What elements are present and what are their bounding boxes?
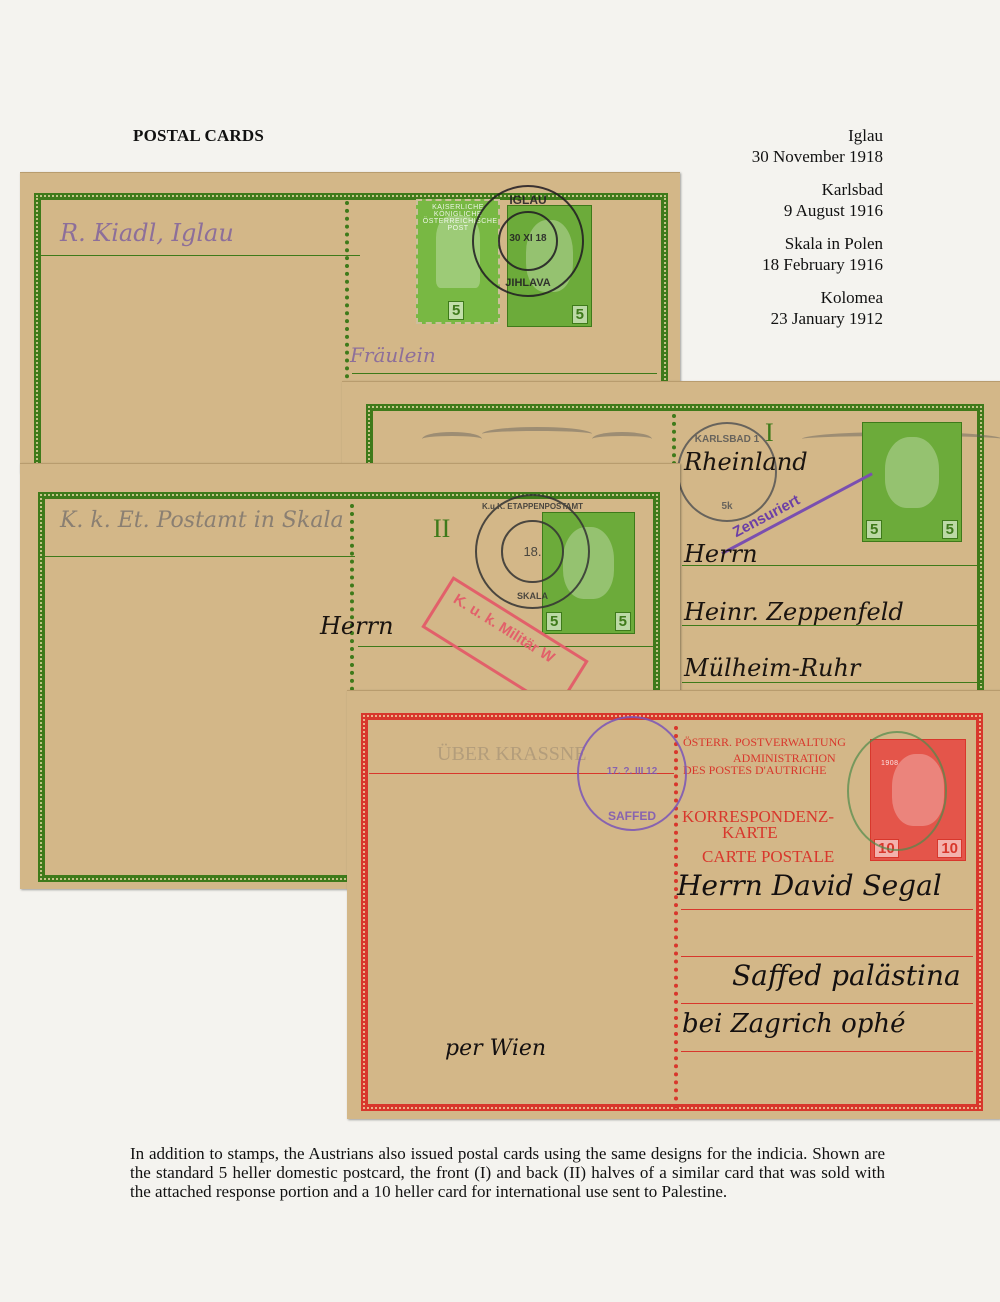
address-handwriting-3: bei Zagrich ophé bbox=[682, 1009, 906, 1039]
sender-line bbox=[40, 255, 360, 256]
indicia-stamp-5h: 5 5 bbox=[862, 422, 962, 542]
card-title-2: KARTE bbox=[722, 823, 778, 843]
indicia-value-right: 5 bbox=[942, 520, 958, 539]
postmark-top-text: KARLSBAD 1 bbox=[679, 434, 775, 445]
indicia-value: 5 bbox=[572, 305, 588, 324]
caption-skala: Skala in Polen18 February 1916 bbox=[752, 233, 883, 275]
description-text: In addition to stamps, the Austrians als… bbox=[130, 1144, 885, 1201]
postmark-iglau: IGLAU 30 XI 18 JIHLAVA bbox=[472, 185, 584, 297]
address-line bbox=[681, 1003, 973, 1004]
page-title: POSTAL CARDS bbox=[133, 126, 264, 146]
sender-handwriting: K. k. Et. Postamt in Skala bbox=[60, 508, 344, 533]
postmark-bottom-text: SKALA bbox=[477, 591, 588, 601]
indicia-value-right: 5 bbox=[615, 612, 631, 631]
caption-karlsbad: Karlsbad9 August 1916 bbox=[752, 179, 883, 221]
caption-kolomea: Kolomea23 January 1912 bbox=[752, 287, 883, 329]
postmark-date: 30 XI 18 bbox=[474, 233, 582, 244]
sender-handwriting: R. Kiadl, Iglau bbox=[60, 219, 234, 247]
postmark-top-text: K.u.K. ETAPPENPOSTAMT bbox=[477, 502, 588, 511]
routing-handwriting: per Wien bbox=[445, 1036, 546, 1061]
address-handwriting-2: Saffed palästina bbox=[732, 959, 961, 992]
address-line bbox=[681, 909, 973, 910]
address-handwriting-4: Mülheim-Ruhr bbox=[684, 654, 860, 682]
postmark-date: 18. bbox=[477, 544, 588, 559]
address-handwriting: Fräulein bbox=[350, 343, 436, 367]
postmark-bottom-text: JIHLAVA bbox=[474, 277, 582, 289]
machine-cancel-wave bbox=[482, 427, 592, 441]
machine-cancel-wave bbox=[592, 432, 652, 446]
postmark-bottom-text: SAFFED bbox=[579, 809, 685, 823]
part-label: II bbox=[433, 514, 450, 544]
postmark-date: 17. ?. III 12 bbox=[579, 766, 685, 777]
emperor-portrait-icon bbox=[885, 437, 940, 508]
postmark-skala: K.u.K. ETAPPENPOSTAMT 18. SKALA bbox=[475, 494, 590, 609]
card-header-3: DES POSTES D'AUTRICHE bbox=[683, 763, 827, 778]
postcard-kolomea-palestine: ÜBER KRASSNE ÖSTERR. POSTVERWALTUNG ADMI… bbox=[347, 690, 1000, 1119]
card-header-1: ÖSTERR. POSTVERWALTUNG bbox=[683, 735, 846, 750]
address-handwriting-2: Herrn bbox=[684, 540, 758, 568]
faded-stamp-text: ÜBER KRASSNE bbox=[437, 743, 586, 766]
address-line bbox=[682, 682, 982, 683]
address-line bbox=[681, 1051, 973, 1052]
indicia-value-right: 10 bbox=[937, 839, 962, 858]
address-line bbox=[681, 956, 973, 957]
address-line bbox=[352, 373, 657, 374]
machine-cancel-wave bbox=[422, 432, 482, 446]
card-captions: Iglau30 November 1918 Karlsbad9 August 1… bbox=[752, 125, 883, 341]
postmark-kolomea bbox=[847, 731, 947, 851]
address-handwriting-1: Rheinland bbox=[684, 448, 808, 476]
stamp-value: 5 bbox=[448, 301, 464, 320]
indicia-value-left: 5 bbox=[546, 612, 562, 631]
postmark-top-text: IGLAU bbox=[474, 193, 582, 207]
caption-iglau: Iglau30 November 1918 bbox=[752, 125, 883, 167]
address-handwriting-3: Heinr. Zeppenfeld bbox=[684, 598, 904, 626]
address-handwriting-1: Herrn David Segal bbox=[677, 869, 942, 902]
sender-line bbox=[45, 556, 355, 557]
postmark-saffed: 17. ?. III 12 SAFFED bbox=[577, 716, 687, 831]
address-handwriting: Herrn bbox=[320, 612, 394, 640]
card-title-3: CARTE POSTALE bbox=[702, 847, 834, 867]
indicia-value-left: 5 bbox=[866, 520, 882, 539]
